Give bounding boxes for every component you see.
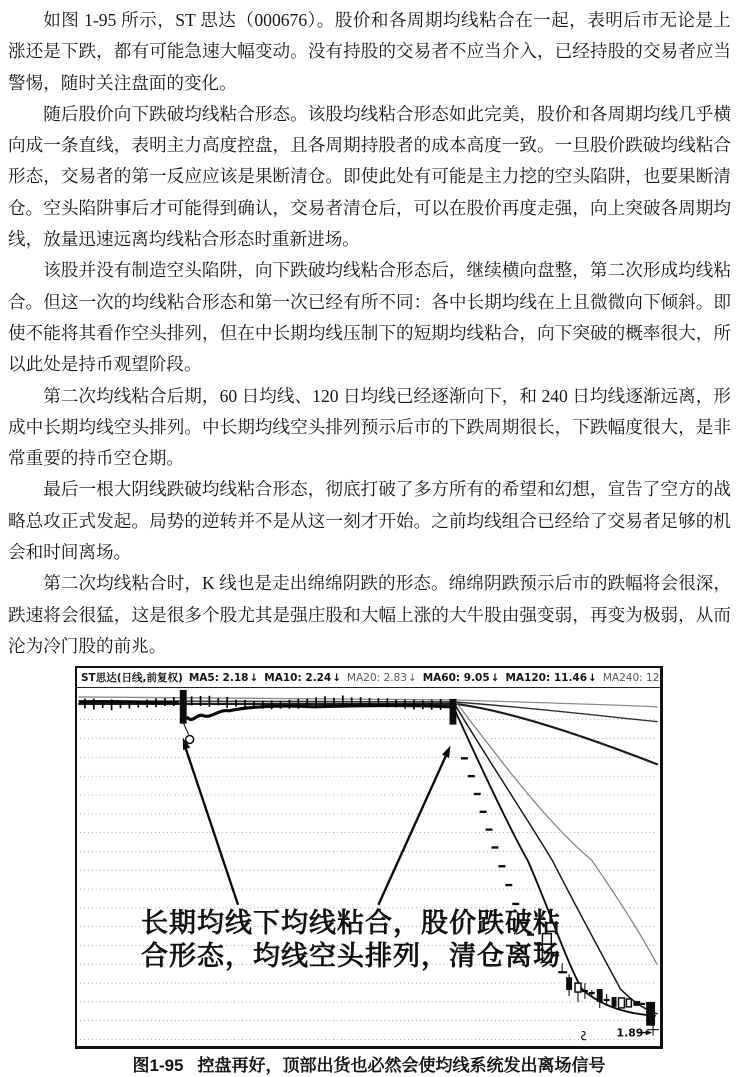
book-page: 如图 1-95 所示，ST 思达（000676）。股价和各周期均线粘合在一起，表… xyxy=(0,0,738,1077)
annotation-arrow-left xyxy=(186,748,238,904)
chart-title: ST思达(日线,前复权) xyxy=(81,670,183,685)
price-band xyxy=(187,705,451,719)
ma5-value: MA5: 2.18↓ xyxy=(189,672,258,684)
price-plot-svg: 1.89 xyxy=(77,689,660,1047)
bottom-candle-cluster xyxy=(558,963,655,1025)
down-arrow-icon: ↓ xyxy=(408,672,417,684)
figure-annotation: 长期均线下均线粘合，股价跌破粘 合形态，均线空头排列，清仓离场 xyxy=(141,907,477,973)
down-arrow-icon: ↓ xyxy=(588,672,597,684)
ma240-value: MA240: 12.71↓ xyxy=(603,672,660,684)
first-breakdown-candle xyxy=(180,689,187,723)
ma120-value: MA120: 11.46↓ xyxy=(505,672,596,684)
figure-caption: 图1-95控盘再好，顶部出货也必然会使均线系统发出离场信号 xyxy=(0,1051,738,1076)
down-arrow-icon: ↓ xyxy=(491,672,500,684)
down-arrow-icon: ↓ xyxy=(332,672,341,684)
paragraph-4: 第二次均线粘合后期，60 日均线、120 日均线已经逐渐向下，和 240 日均线… xyxy=(8,381,731,475)
figure-caption-text: 控盘再好，顶部出货也必然会使均线系统发出离场信号 xyxy=(198,1056,606,1075)
annotation-line-1: 长期均线下均线粘合，股价跌破粘 xyxy=(141,907,477,940)
second-breakdown-candle xyxy=(450,698,457,724)
ma60-value: MA60: 9.05↓ xyxy=(423,672,500,684)
gridlines xyxy=(80,719,657,1039)
final-black-candle xyxy=(646,1001,655,1025)
paragraph-6: 第二次均线粘合时，K 线也是走出绵绵阴跌的形态。绵绵阴跌预示后市的跌幅将会很深，… xyxy=(8,568,731,662)
paragraph-2: 随后股价向下跌破均线粘合形态。该股均线粘合形态如此完美，股价和各周期均线几乎横向… xyxy=(8,99,731,255)
figure-caption-number: 图1-95 xyxy=(132,1056,183,1075)
down-arrow-icon: ↓ xyxy=(249,672,258,684)
price-plot: 1.89 xyxy=(77,689,660,1047)
paragraph-5: 最后一根大阴线跌破均线粘合形态，彻底打破了多方所有的希望和幻想，宣告了空方的战略… xyxy=(8,474,731,568)
annotation-line-2: 合形态，均线空头排列，清仓离场 xyxy=(141,940,477,973)
paragraph-3: 该股并没有制造空头陷阱，向下跌破均线粘合形态后，继续横向盘整，第二次形成均线粘合… xyxy=(8,255,731,380)
ma20-value: MA20: 2.83↓ xyxy=(347,672,417,684)
circle-marker xyxy=(186,735,194,743)
scan-mark xyxy=(581,1031,585,1039)
body-text: 如图 1-95 所示，ST 思达（000676）。股价和各周期均线粘合在一起，表… xyxy=(8,5,731,663)
stock-chart-figure: ST思达(日线,前复权) MA5: 2.18↓ MA10: 2.24↓ MA20… xyxy=(75,666,663,1049)
annotation-arrow-right xyxy=(378,754,446,905)
ma10-value: MA10: 2.24↓ xyxy=(264,672,341,684)
chart-header: ST思达(日线,前复权) MA5: 2.18↓ MA10: 2.24↓ MA20… xyxy=(77,668,660,688)
paragraph-1: 如图 1-95 所示，ST 思达（000676）。股价和各周期均线粘合在一起，表… xyxy=(8,5,731,99)
